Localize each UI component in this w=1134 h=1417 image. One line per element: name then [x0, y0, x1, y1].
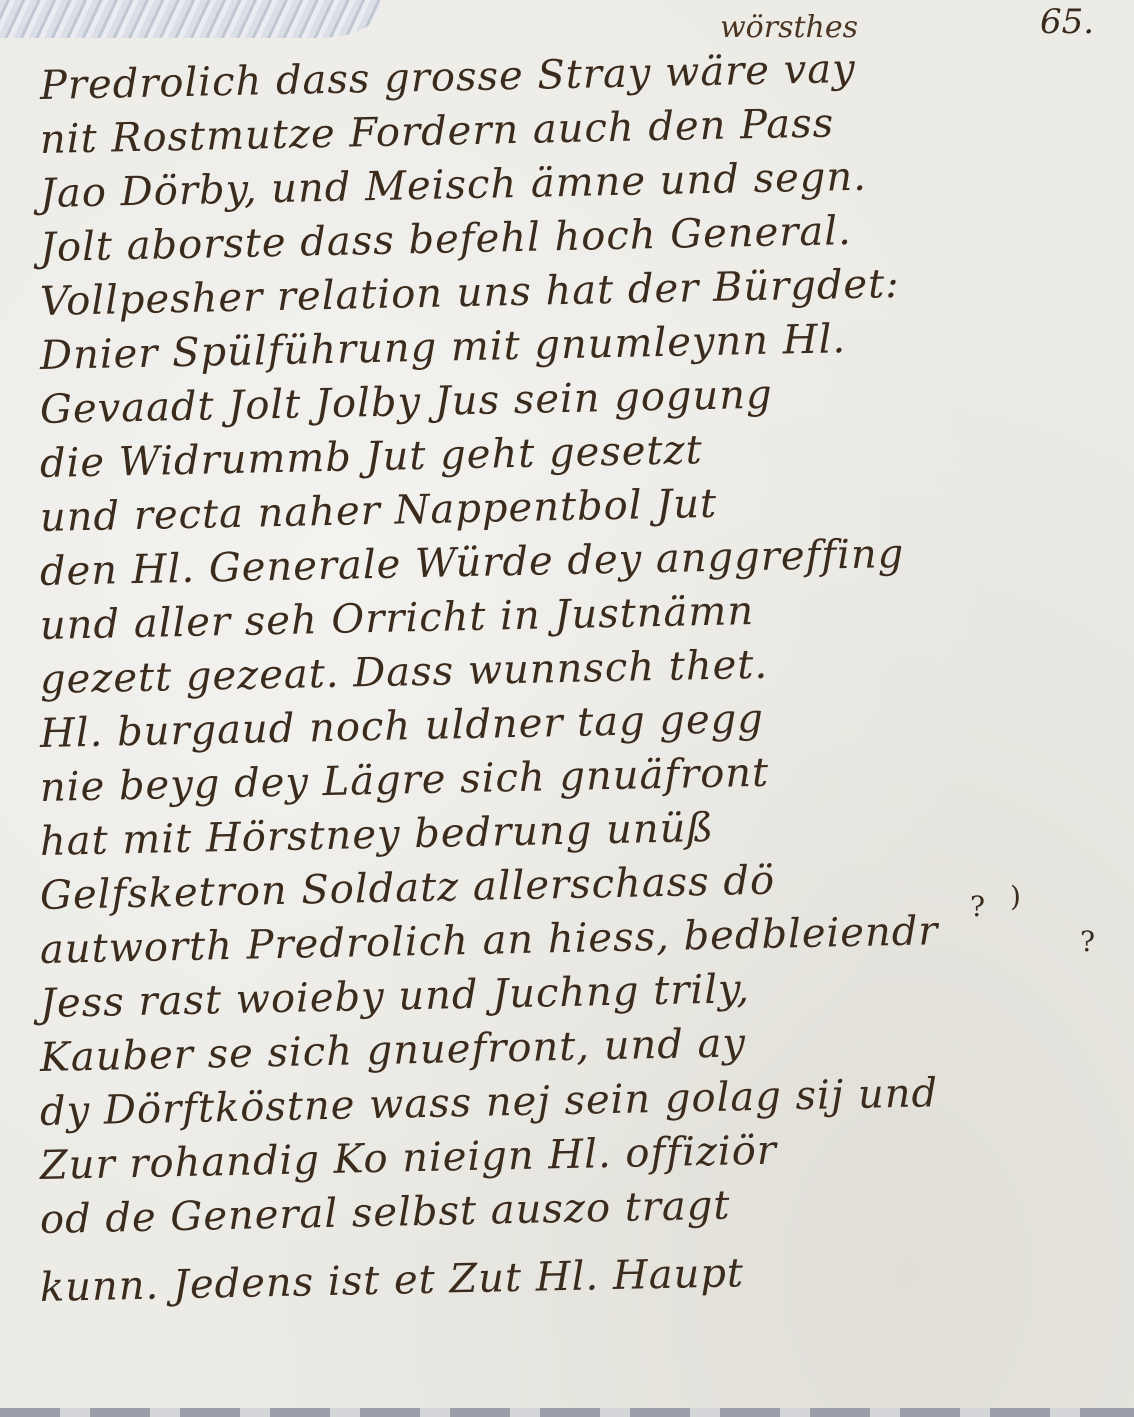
interlinear-insertion: wörsthes — [720, 10, 858, 45]
margin-mark-3: ? — [1080, 925, 1095, 958]
manuscript-line-23: kunn. Jedens ist et Zut Hl. Haupt — [39, 1238, 1100, 1316]
margin-mark-2: ) — [1010, 880, 1021, 913]
book-binding-edge — [0, 0, 380, 38]
margin-mark-1: ? — [970, 890, 985, 923]
page-bottom-edge — [0, 1408, 1134, 1417]
manuscript-page: 65. wörsthes Predrolich dass grosse Stra… — [0, 0, 1134, 1417]
